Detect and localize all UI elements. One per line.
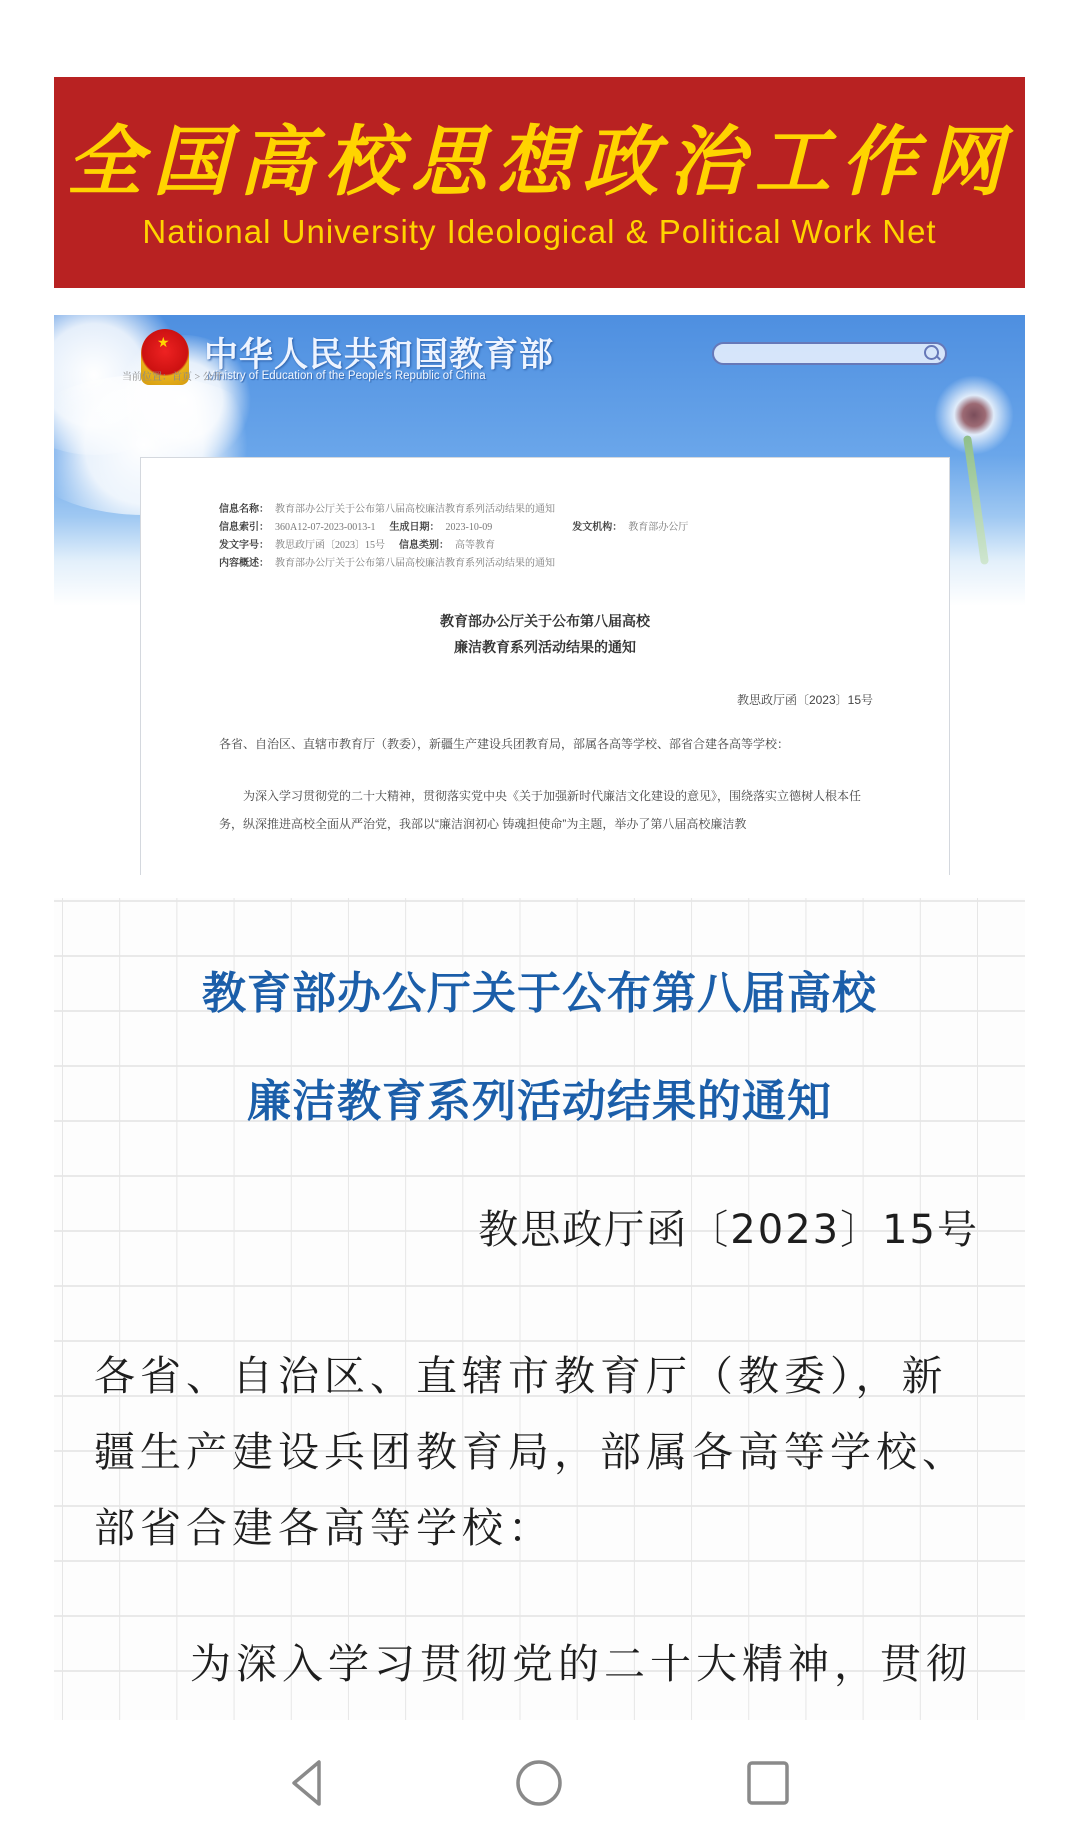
info-value: 教思政厅函〔2023〕15号	[275, 540, 385, 551]
info-value: 教育部办公厅	[628, 522, 688, 533]
info-value: 2023-10-09	[446, 522, 493, 533]
grid-document: 教育部办公厅关于公布第八届高校 廉洁教育系列活动结果的通知 教思政厅函〔2023…	[54, 898, 1025, 1720]
info-row-index: 信息索引：360A12-07-2023-0013-1生成日期：2023-10-0…	[219, 518, 702, 533]
back-triangle-icon	[283, 1758, 333, 1808]
info-value: 360A12-07-2023-0013-1	[275, 522, 376, 533]
grid-title-line2: 廉洁教育系列活动结果的通知	[54, 1048, 1025, 1156]
grid-document-title: 教育部办公厅关于公布第八届高校 廉洁教育系列活动结果的通知	[54, 940, 1025, 1156]
document-paragraph: 为深入学习贯彻党的二十大精神，贯彻落实党中央《关于加强新时代廉洁文化建设的意见》…	[219, 782, 873, 838]
info-label: 发文机构：	[572, 522, 622, 533]
moe-webpage-screenshot: ★ 中华人民共和国教育部 Ministry of Education of th…	[54, 315, 1025, 875]
home-button[interactable]	[514, 1758, 564, 1808]
document-addressees: 各省、自治区、直辖市教育厅（教委），新疆生产建设兵团教育局，部属各高等学校、部省…	[219, 735, 789, 752]
document-title: 教育部办公厅关于公布第八届高校 廉洁教育系列活动结果的通知	[141, 608, 949, 660]
document-title-line2: 廉洁教育系列活动结果的通知	[141, 634, 949, 660]
document-title-line1: 教育部办公厅关于公布第八届高校	[141, 608, 949, 634]
grid-title-line1: 教育部办公厅关于公布第八届高校	[54, 940, 1025, 1048]
search-input[interactable]	[712, 342, 947, 365]
info-row-name: 信息名称：教育部办公厅关于公布第八届高校廉洁教育系列活动结果的通知	[219, 500, 569, 515]
document-number: 教思政厅函〔2023〕15号	[737, 691, 873, 708]
info-row-summary: 内容概述：教育部办公厅关于公布第八届高校廉洁教育系列活动结果的通知	[219, 554, 569, 569]
info-value: 高等教育	[455, 540, 495, 551]
info-label: 信息类别：	[399, 540, 449, 551]
info-value: 教育部办公厅关于公布第八届高校廉洁教育系列活动结果的通知	[275, 504, 555, 515]
grid-document-number: 教思政厅函〔2023〕15号	[478, 1198, 979, 1255]
system-navigation-bar	[0, 1720, 1080, 1843]
moe-subtitle: Ministry of Education of the People's Re…	[206, 370, 486, 382]
info-row-docno: 发文字号：教思政厅函〔2023〕15号信息类别：高等教育	[219, 536, 509, 551]
home-circle-icon	[514, 1758, 564, 1808]
info-label: 生成日期：	[390, 522, 440, 533]
recent-apps-square-icon	[743, 1758, 793, 1808]
info-value: 教育部办公厅关于公布第八届高校廉洁教育系列活动结果的通知	[275, 558, 555, 569]
document-card: 信息名称：教育部办公厅关于公布第八届高校廉洁教育系列活动结果的通知 信息索引：3…	[140, 457, 950, 875]
site-banner: 全国高校思想政治工作网 National University Ideologi…	[54, 77, 1025, 288]
breadcrumb[interactable]: 当前位置：首页 > 公开	[122, 368, 223, 383]
info-label: 发文字号：	[219, 540, 269, 551]
info-label: 信息索引：	[219, 522, 269, 533]
back-button[interactable]	[283, 1758, 333, 1808]
grid-document-addressees: 各省、自治区、直辖市教育厅（教委），新疆生产建设兵团教育局，部属各高等学校、部省…	[94, 1338, 979, 1566]
banner-title-cn: 全国高校思想政治工作网	[54, 117, 1025, 207]
recent-apps-button[interactable]	[743, 1758, 793, 1808]
grid-document-paragraph: 为深入学习贯彻党的二十大精神，贯彻	[94, 1626, 985, 1702]
info-label: 内容概述：	[219, 558, 269, 569]
banner-title-en: National University Ideological & Politi…	[54, 212, 1025, 252]
moe-title: 中华人民共和国教育部	[204, 327, 554, 376]
dandelion-decoration-icon	[934, 375, 1014, 455]
info-label: 信息名称：	[219, 504, 269, 515]
search-icon[interactable]	[924, 345, 939, 360]
